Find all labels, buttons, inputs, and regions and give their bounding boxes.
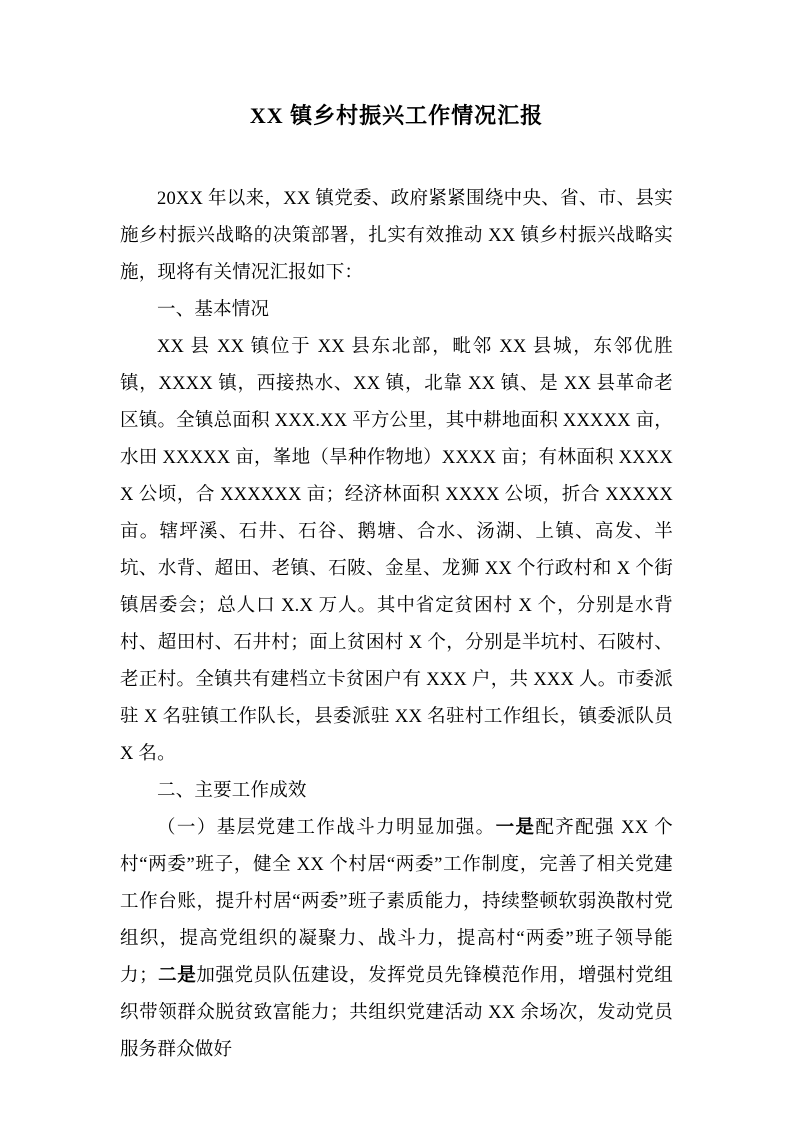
- item-1-point-2-text: 加强党员队伍建设，发挥党员先锋模范作用，增强村党组织带领群众脱贫致富能力；共组织…: [120, 966, 673, 1060]
- section-2-item-1: （一）基层党建工作战斗力明显加强。一是配齐配强 XX 个村“两委”班子，健全 X…: [120, 810, 673, 1069]
- document-page: XX 镇乡村振兴工作情况汇报 20XX 年以来，XX 镇党委、政府紧紧围绕中央、…: [0, 0, 793, 1122]
- item-1-point-1-text: 配齐配强 XX 个村“两委”班子，健全 XX 个村居“两委”工作制度，完善了相关…: [120, 818, 673, 986]
- item-1-point-2-marker: 二是: [158, 966, 197, 986]
- section-1-heading: 一、基本情况: [120, 292, 673, 329]
- section-2-heading: 二、主要工作成效: [120, 773, 673, 810]
- item-1-point-1-marker: 一是: [496, 818, 536, 838]
- section-1-paragraph: XX 县 XX 镇位于 XX 县东北部，毗邻 XX 县城，东邻优胜镇，XXXX …: [120, 329, 673, 773]
- document-title: XX 镇乡村振兴工作情况汇报: [120, 94, 673, 138]
- item-1-lead-sentence: （一）基层党建工作战斗力明显加强。: [157, 818, 496, 838]
- intro-paragraph: 20XX 年以来，XX 镇党委、政府紧紧围绕中央、省、市、县实施乡村振兴战略的决…: [120, 181, 673, 292]
